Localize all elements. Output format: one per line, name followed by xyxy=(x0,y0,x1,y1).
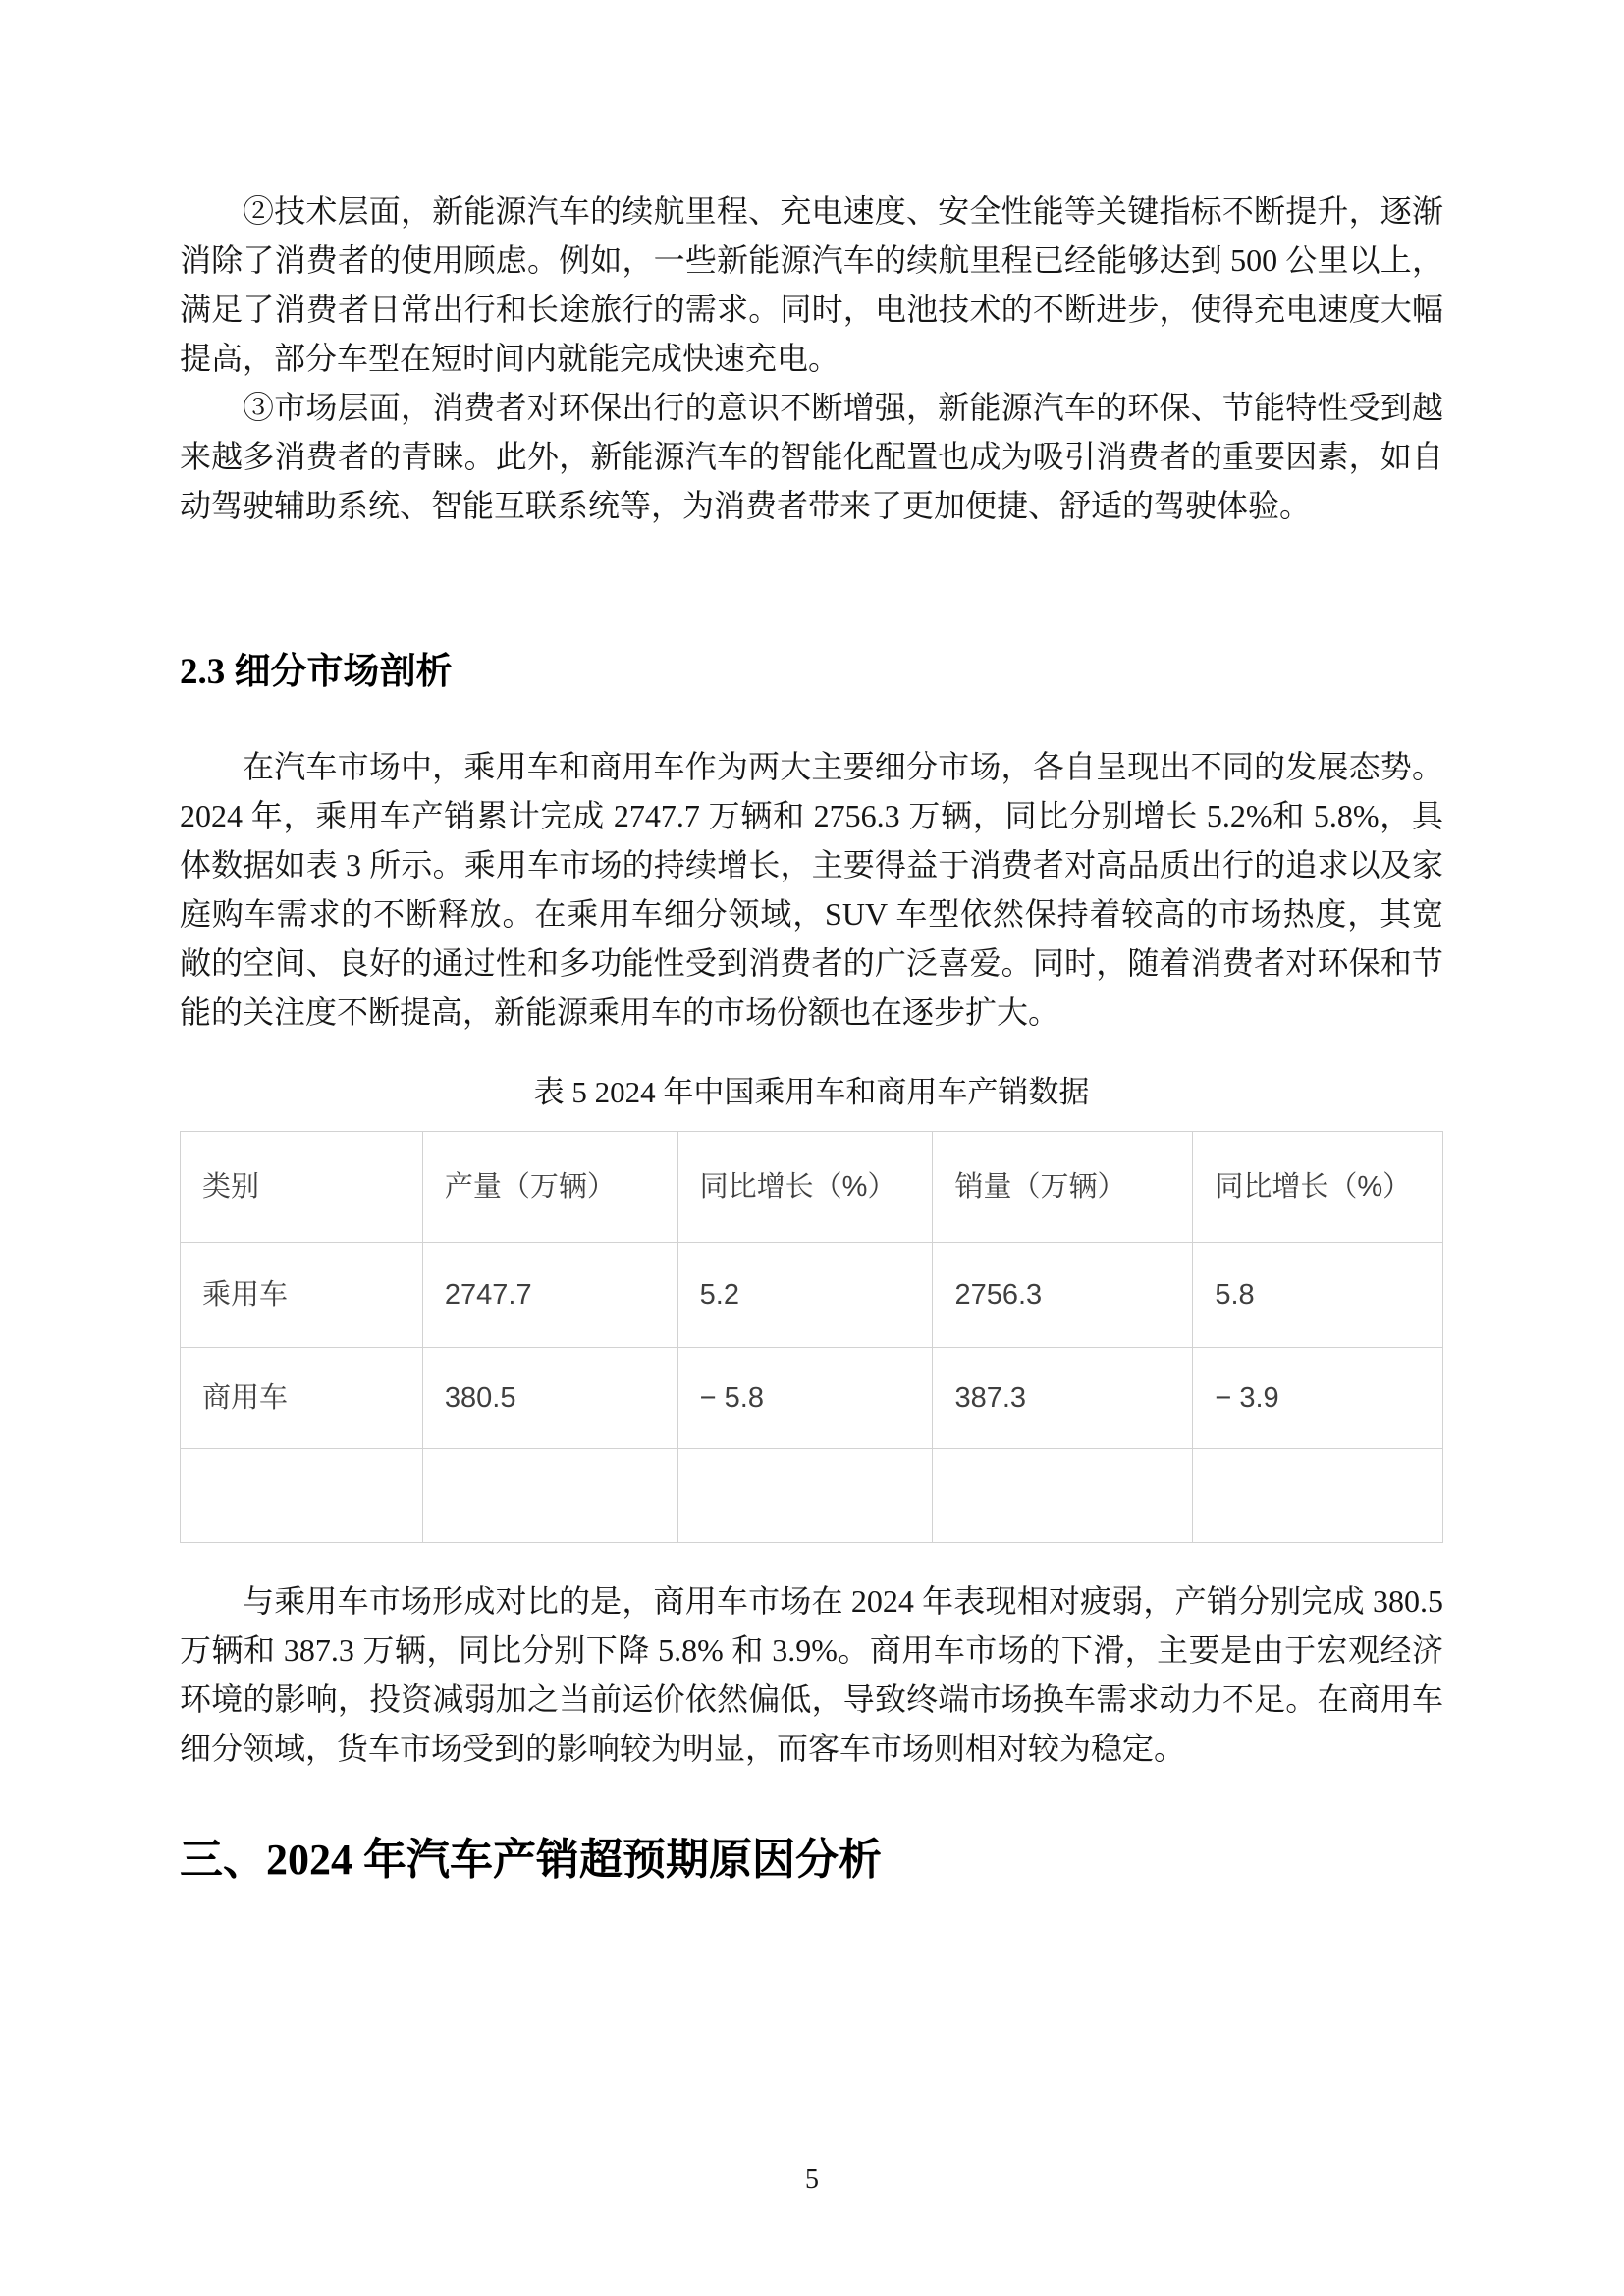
table-cell xyxy=(677,1449,933,1543)
header-cell-category: 类别 xyxy=(181,1132,423,1243)
table-cell: 5.2 xyxy=(677,1243,933,1348)
section-heading-2-3: 2.3 细分市场剖析 xyxy=(180,646,1443,699)
table-cell xyxy=(181,1449,423,1543)
paragraph-commercial-contrast: 与乘用车市场形成对比的是，商用车市场在 2024 年表现相对疲弱，产销分别完成 … xyxy=(180,1576,1443,1773)
table-cell: 2756.3 xyxy=(933,1243,1193,1348)
table-row-commercial: 商用车 380.5 − 5.8 387.3 − 3.9 xyxy=(181,1348,1443,1449)
table-row-passenger: 乘用车 2747.7 5.2 2756.3 5.8 xyxy=(181,1243,1443,1348)
page-number: 5 xyxy=(0,2164,1624,2196)
table-cell: 387.3 xyxy=(933,1348,1193,1449)
table-cell: 5.8 xyxy=(1193,1243,1443,1348)
table-cell: 乘用车 xyxy=(181,1243,423,1348)
document-page: ②技术层面，新能源汽车的续航里程、充电速度、安全性能等关键指标不断提升，逐渐消除… xyxy=(0,0,1624,2296)
table-cell: 2747.7 xyxy=(422,1243,677,1348)
table-cell xyxy=(933,1449,1193,1543)
table-cell xyxy=(422,1449,677,1543)
section-heading-3: 三、2024 年汽车产销超预期原因分析 xyxy=(180,1830,1443,1891)
table-cell: − 3.9 xyxy=(1193,1348,1443,1449)
production-sales-table: 类别 产量（万辆） 同比增长（%） 销量（万辆） 同比增长（%） 乘用车 274… xyxy=(180,1131,1443,1543)
header-cell-sales-yoy: 同比增长（%） xyxy=(1193,1132,1443,1243)
header-cell-production-yoy: 同比增长（%） xyxy=(677,1132,933,1243)
table-cell: 380.5 xyxy=(422,1348,677,1449)
header-cell-sales: 销量（万辆） xyxy=(933,1132,1193,1243)
table-cell: 商用车 xyxy=(181,1348,423,1449)
table-caption: 表 5 2024 年中国乘用车和商用车产销数据 xyxy=(180,1068,1443,1117)
table-cell xyxy=(1193,1449,1443,1543)
table-header-row: 类别 产量（万辆） 同比增长（%） 销量（万辆） 同比增长（%） xyxy=(181,1132,1443,1243)
table-cell: − 5.8 xyxy=(677,1348,933,1449)
table-row-empty xyxy=(181,1449,1443,1543)
paragraph-segment-overview: 在汽车市场中，乘用车和商用车作为两大主要细分市场，各自呈现出不同的发展态势。20… xyxy=(180,742,1443,1037)
paragraph-tech-level: ②技术层面，新能源汽车的续航里程、充电速度、安全性能等关键指标不断提升，逐渐消除… xyxy=(180,187,1443,383)
paragraph-market-level: ③市场层面，消费者对环保出行的意识不断增强，新能源汽车的环保、节能特性受到越来越… xyxy=(180,383,1443,530)
header-cell-production: 产量（万辆） xyxy=(422,1132,677,1243)
